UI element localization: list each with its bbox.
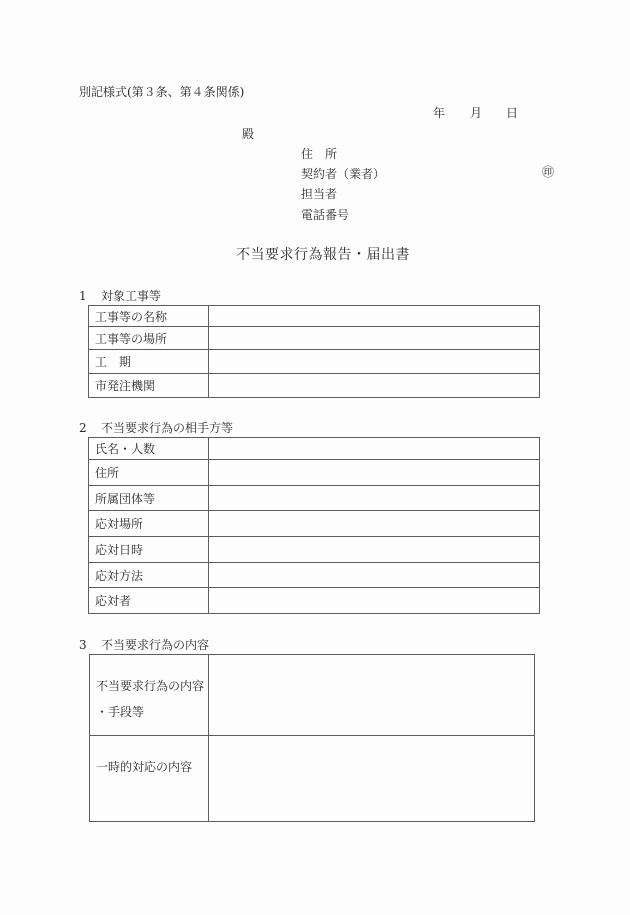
sender-address-label: 住 所 [301,148,337,160]
work-location-field[interactable] [209,327,540,350]
section-title: 不当要求行為の内容 [101,638,209,652]
demand-content-field[interactable] [209,655,535,736]
ordering-agency-field[interactable] [209,374,540,398]
sender-phone-label: 電話番号 [301,209,349,221]
date-month-label: 月 [470,107,482,119]
date-day-label: 日 [506,107,518,119]
table-row: 住所 [89,460,540,486]
sender-person-in-charge-label: 担当者 [301,188,337,200]
response-method-field[interactable] [209,563,540,588]
table-row: 工事等の場所 [89,327,540,350]
table-row: 氏名・人数 [89,438,540,460]
seal-icon: ㊞ [542,166,554,178]
response-datetime-field[interactable] [209,537,540,563]
row-label: 工事等の場所 [89,327,209,350]
section-number: 3 [79,639,101,651]
target-work-table: 工事等の名称 工事等の場所 工 期 市発注機関 [88,305,540,398]
addressee-suffix: 殿 [242,128,254,140]
counterparty-table: 氏名・人数 住所 所属団体等 応対場所 応対日時 応対方法 応対者 [88,437,540,614]
section-1-heading: 1対象工事等 [79,290,161,302]
table-row: 応対方法 [89,563,540,588]
demand-content-table: 不当要求行為の内容 ・手段等 一時的対応の内容 [89,654,535,822]
row-label-line: ・手段等 [96,699,208,725]
work-period-field[interactable] [209,350,540,374]
row-label: 市発注機関 [89,374,209,398]
row-label: 応対日時 [89,537,209,563]
row-label: 応対場所 [89,511,209,537]
section-title: 不当要求行為の相手方等 [101,421,233,435]
affiliation-field[interactable] [209,486,540,511]
table-row: 所属団体等 [89,486,540,511]
temporary-response-field[interactable] [209,736,535,822]
document-title: 不当要求行為報告・届出書 [236,248,410,262]
table-row: 工事等の名称 [89,306,540,327]
name-count-field[interactable] [209,438,540,460]
section-number: 1 [79,290,101,302]
table-row: 工 期 [89,350,540,374]
table-row: 市発注機関 [89,374,540,398]
row-label: 応対者 [89,588,209,614]
sender-contractor-label: 契約者（業者） [301,168,385,180]
counterparty-address-field[interactable] [209,460,540,486]
table-row: 応対者 [89,588,540,614]
work-name-field[interactable] [209,306,540,327]
section-3-heading: 3不当要求行為の内容 [79,639,209,651]
table-row: 不当要求行為の内容 ・手段等 [90,655,535,736]
row-label: 応対方法 [89,563,209,588]
table-row: 応対日時 [89,537,540,563]
row-label-line: 一時的対応の内容 [96,754,208,780]
row-label: 工 期 [89,350,209,374]
row-label: 所属団体等 [89,486,209,511]
row-label-line: 不当要求行為の内容 [96,673,208,699]
row-label: 工事等の名称 [89,306,209,327]
row-label: 不当要求行為の内容 ・手段等 [90,655,209,736]
table-row: 応対場所 [89,511,540,537]
row-label: 住所 [89,460,209,486]
form-reference: 別記様式(第３条、第４条関係) [79,86,244,98]
date-year-label: 年 [433,107,445,119]
responder-field[interactable] [209,588,540,614]
response-location-field[interactable] [209,511,540,537]
row-label: 一時的対応の内容 [90,736,209,822]
section-title: 対象工事等 [101,289,161,303]
row-label: 氏名・人数 [89,438,209,460]
section-2-heading: 2不当要求行為の相手方等 [79,422,233,434]
table-row: 一時的対応の内容 [90,736,535,822]
section-number: 2 [79,422,101,434]
